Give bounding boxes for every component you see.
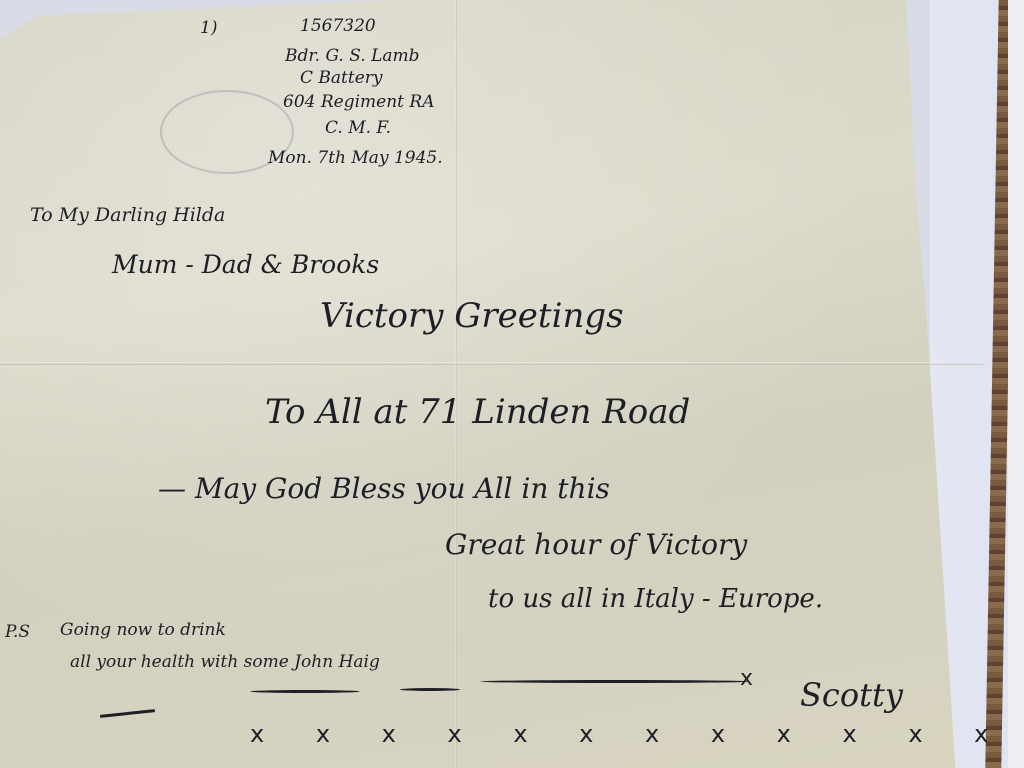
body-line-1: To All at 71 Linden Road xyxy=(265,392,690,432)
body-line-4: to us all in Italy - Europe. xyxy=(488,584,823,614)
page-marker: 1) xyxy=(200,18,217,38)
postscript-line-1: Going now to drink xyxy=(60,620,226,640)
signature: Scotty xyxy=(800,676,903,714)
postscript-label: P.S xyxy=(5,622,30,642)
swash-3 xyxy=(480,680,750,683)
backdrop-edge xyxy=(1008,0,1024,768)
regiment: 604 Regiment RA xyxy=(283,92,434,112)
swash-1 xyxy=(250,690,360,693)
service-number: 1567320 xyxy=(300,16,376,36)
body-line-3: Great hour of Victory xyxy=(445,528,747,561)
kisses-row: x x x x x x x x x x x x xyxy=(250,720,1010,748)
fold-line-horizontal xyxy=(0,362,985,365)
letter-title: Victory Greetings xyxy=(320,296,624,336)
swash-2 xyxy=(400,688,460,691)
battery: C Battery xyxy=(300,68,383,88)
fold-line-vertical xyxy=(455,0,457,768)
body-line-2: — May God Bless you All in this xyxy=(158,472,610,505)
salutation: To My Darling Hilda xyxy=(30,204,225,226)
kiss-single: x xyxy=(740,666,753,691)
postscript-line-2: all your health with some John Haig xyxy=(70,652,380,672)
letter-date: Mon. 7th May 1945. xyxy=(268,148,443,168)
force: C. M. F. xyxy=(325,118,391,138)
addressees: Mum - Dad & Brooks xyxy=(112,250,379,279)
rank-name: Bdr. G. S. Lamb xyxy=(285,46,420,66)
